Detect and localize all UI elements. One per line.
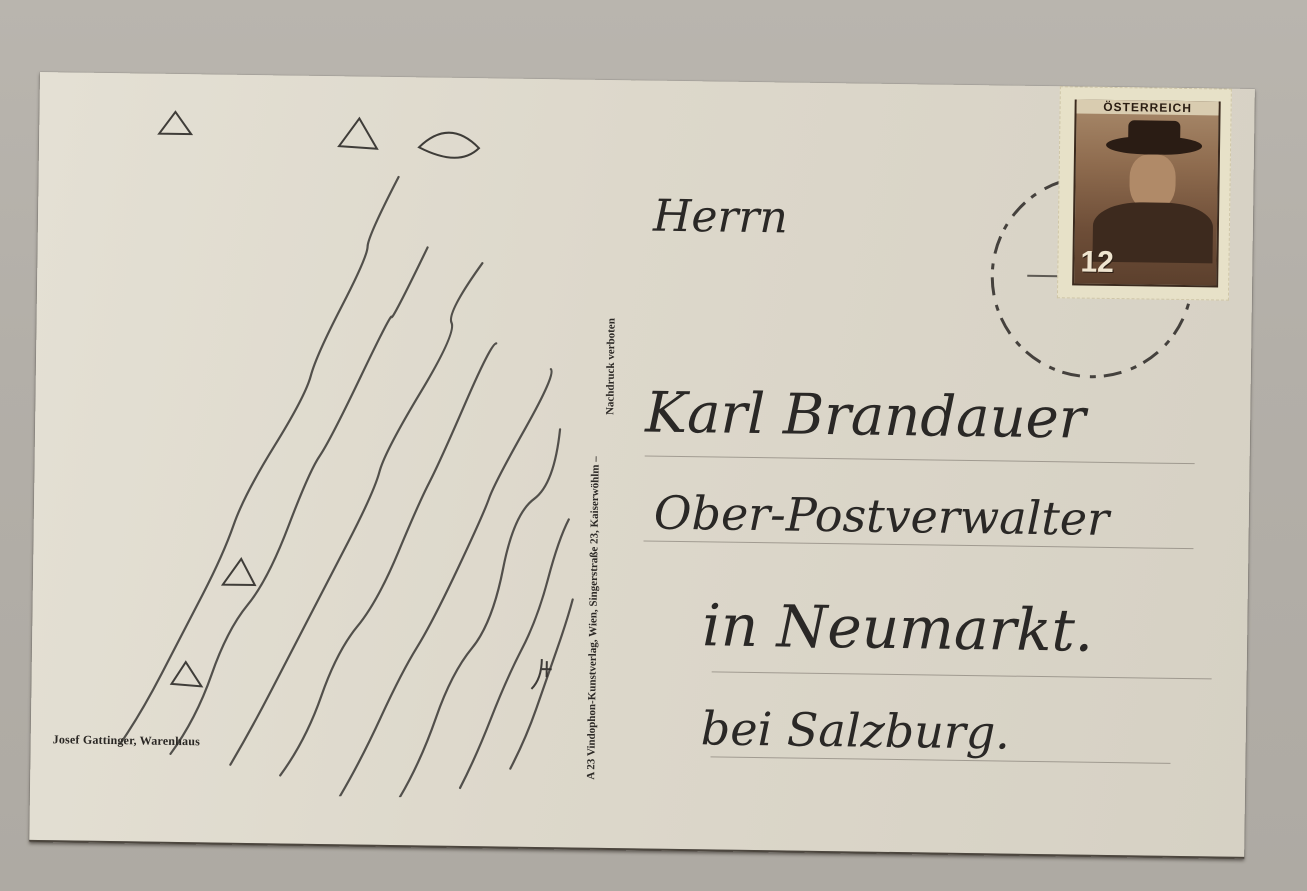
address-name: Karl Brandauer	[645, 380, 1086, 451]
address-salutation: Herrn	[653, 191, 789, 244]
stamp-country: ÖSTERREICH	[1077, 99, 1219, 115]
publisher-imprint: Josef Gattinger, Warenhaus	[53, 732, 201, 749]
postcard: Lieber Onkel Karl, viele Grüße aus der S…	[29, 72, 1255, 859]
publisher-vertical-imprint: A 23 Vindophon-Kunstverlag, Wien, Singer…	[585, 140, 614, 780]
address-rule	[645, 455, 1195, 464]
stamp-value: 12	[1080, 246, 1114, 280]
address-city: in Neumarkt.	[702, 591, 1094, 664]
address-region: bei Salzburg.	[701, 701, 1011, 759]
hat-brim-icon	[1106, 136, 1202, 155]
publisher-line-1: A 23 Vindophon-Kunstverlag, Wien, Singer…	[585, 456, 602, 780]
address-title: Ober-Postverwalter	[654, 486, 1110, 546]
handwritten-message: Lieber Onkel Karl, viele Grüße aus der S…	[110, 103, 590, 799]
address-rule	[712, 671, 1212, 679]
publisher-line-2: Nachdruck verboten	[604, 318, 617, 415]
stamp-image: ÖSTERREICH 12	[1072, 99, 1221, 287]
postage-stamp: ÖSTERREICH 12	[1057, 86, 1232, 300]
